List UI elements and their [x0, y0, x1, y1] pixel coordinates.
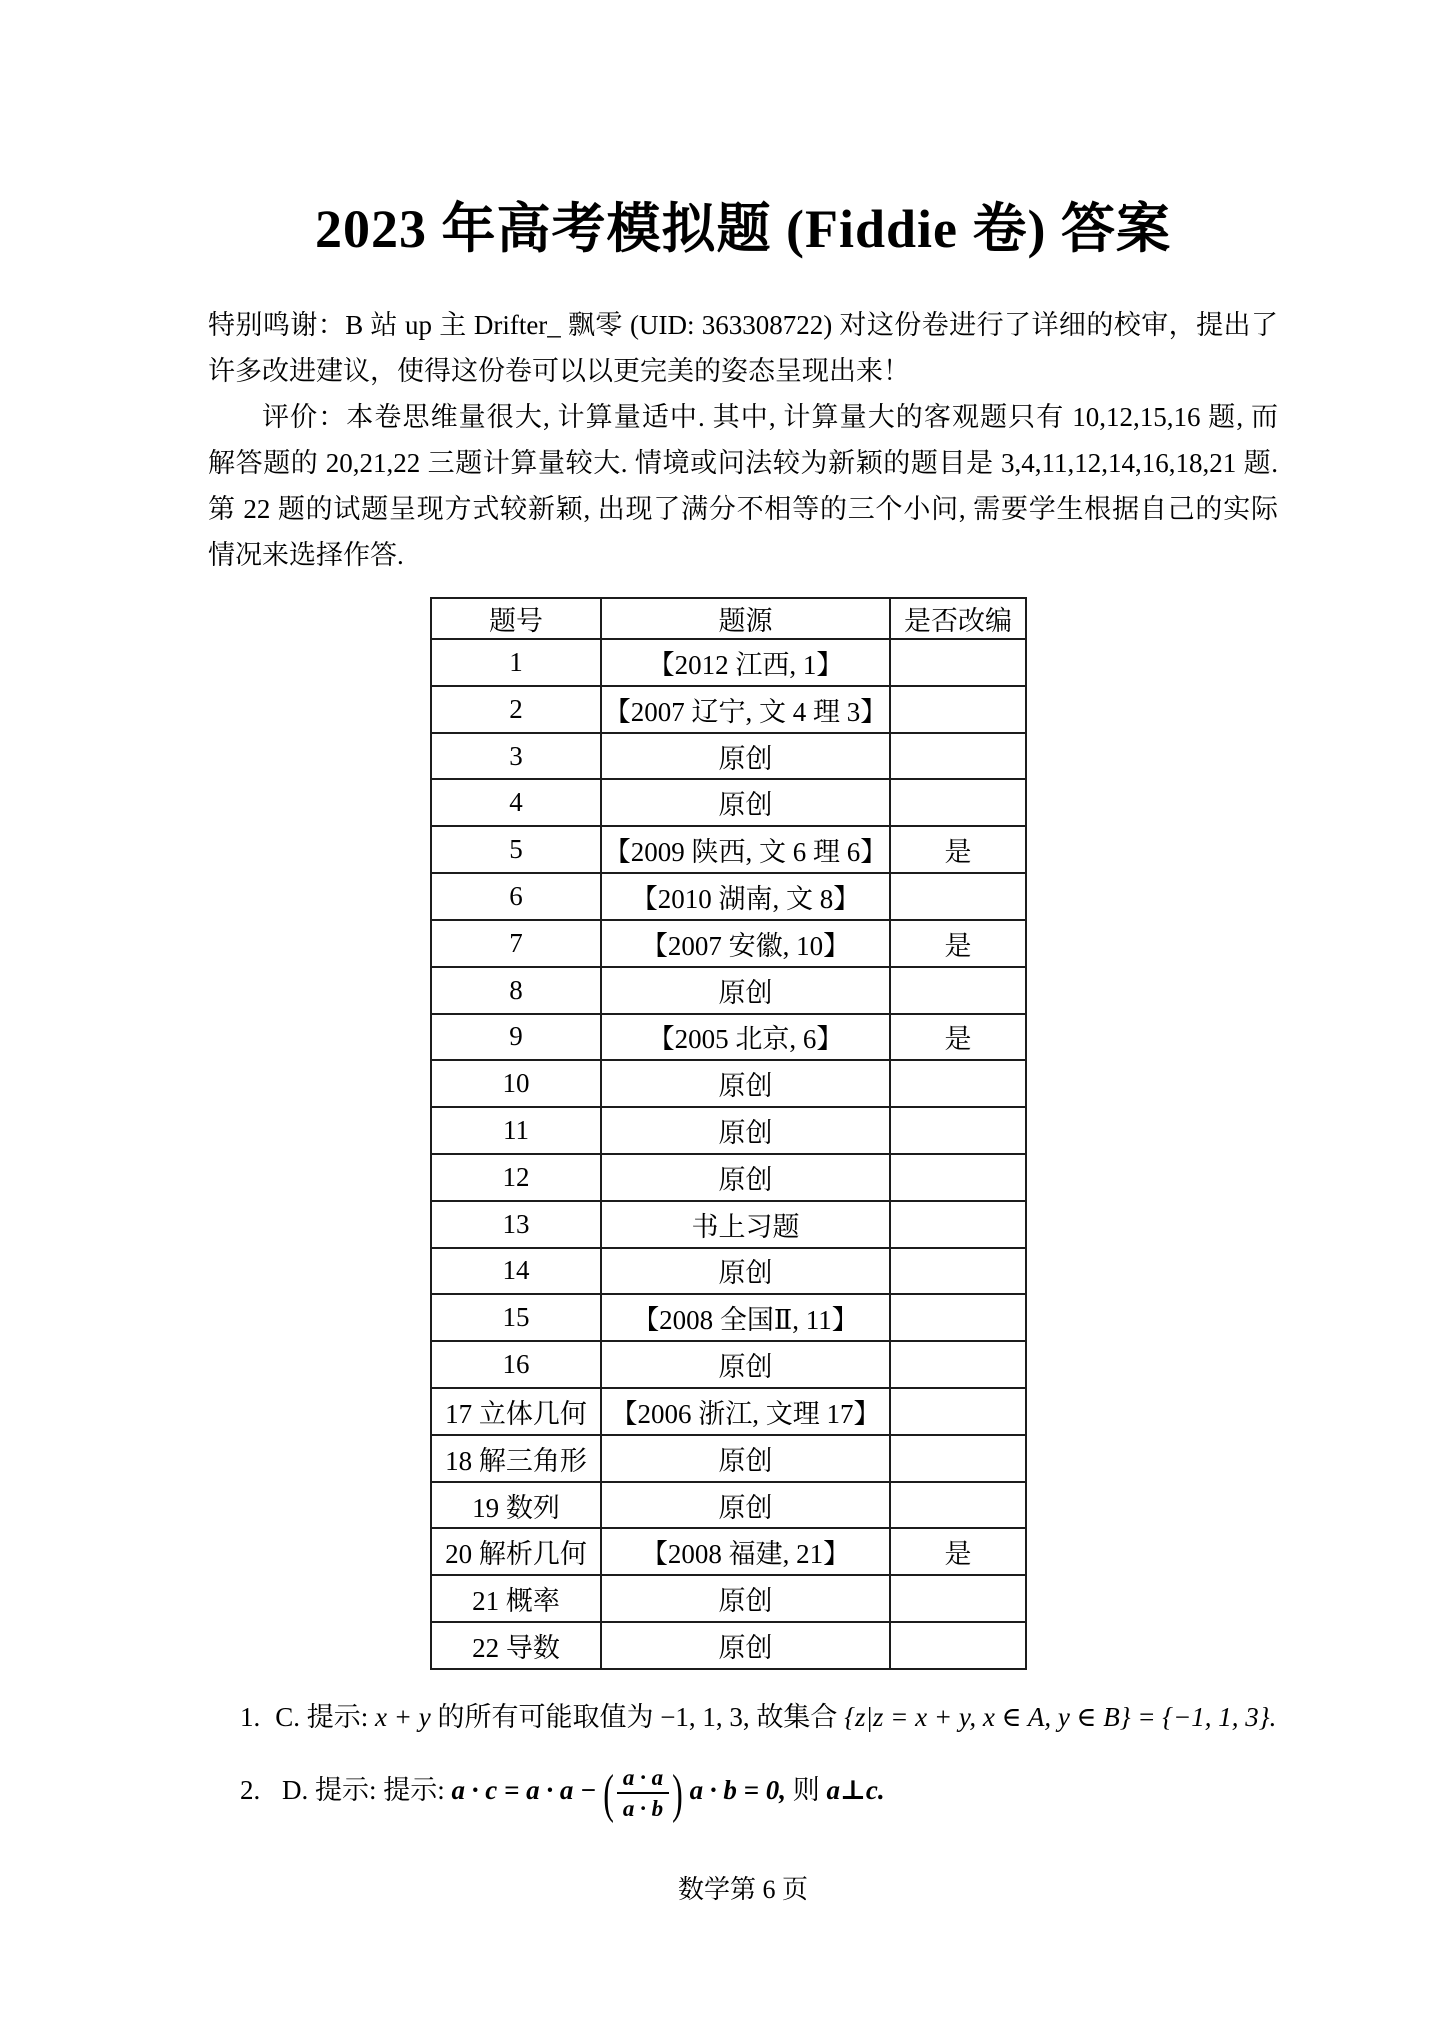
cell-adapted [890, 686, 1026, 733]
cell-source: 原创 [601, 1154, 890, 1201]
cell-question-no: 22 导数 [431, 1622, 601, 1669]
intro-line-6: 情况来选择作答. [208, 532, 1278, 578]
answer-2-conjunction: 则 [793, 1775, 820, 1805]
cell-question-no: 12 [431, 1154, 601, 1201]
cell-question-no: 9 [431, 1014, 601, 1061]
cell-question-no: 17 立体几何 [431, 1388, 601, 1435]
cell-source: 原创 [601, 1060, 890, 1107]
cell-adapted [890, 1107, 1026, 1154]
cell-source: 原创 [601, 1248, 890, 1295]
answer-1-number: 1. [240, 1702, 260, 1732]
cell-source: 【2006 浙江, 文理 17】 [601, 1388, 890, 1435]
cell-question-no: 14 [431, 1248, 601, 1295]
table-row: 4 原创 [431, 779, 1026, 826]
cell-adapted [890, 1575, 1026, 1622]
answer-segment: C. 提示: [275, 1702, 375, 1732]
cell-source: 【2005 北京, 6】 [601, 1014, 890, 1061]
cell-question-no: 7 [431, 920, 601, 967]
intro-line-3: 评价：本卷思维量很大, 计算量适中. 其中, 计算量大的客观题只有 10,12,… [208, 394, 1278, 440]
cell-question-no: 8 [431, 967, 601, 1014]
table-row: 21 概率 原创 [431, 1575, 1026, 1622]
header-question-no: 题号 [431, 598, 601, 639]
table-row: 10 原创 [431, 1060, 1026, 1107]
table-row: 18 解三角形 原创 [431, 1435, 1026, 1482]
cell-adapted [890, 1294, 1026, 1341]
cell-adapted [890, 967, 1026, 1014]
intro-paragraph: 特别鸣谢：B 站 up 主 Drifter_ 飘零 (UID: 36330872… [208, 302, 1278, 578]
cell-question-no: 2 [431, 686, 601, 733]
table-row: 8 原创 [431, 967, 1026, 1014]
cell-question-no: 11 [431, 1107, 601, 1154]
cell-question-no: 5 [431, 826, 601, 873]
table-row: 17 立体几何 【2006 浙江, 文理 17】 [431, 1388, 1026, 1435]
cell-source: 原创 [601, 1482, 890, 1529]
cell-adapted: 是 [890, 826, 1026, 873]
intro-line-5: 第 22 题的试题呈现方式较新颖, 出现了满分不相等的三个小问, 需要学生根据自… [208, 486, 1278, 532]
intro-line-4: 解答题的 20,21,22 三题计算量较大. 情境或问法较为新颖的题目是 3,4… [208, 440, 1278, 486]
cell-question-no: 13 [431, 1201, 601, 1248]
page-footer: 数学第 6 页 [208, 1867, 1278, 1913]
table-row: 1 【2012 江西, 1】 [431, 639, 1026, 686]
cell-adapted [890, 1482, 1026, 1529]
cell-adapted [890, 1341, 1026, 1388]
cell-adapted: 是 [890, 1014, 1026, 1061]
cell-question-no: 20 解析几何 [431, 1528, 601, 1575]
cell-source: 【2008 福建, 21】 [601, 1528, 890, 1575]
cell-question-no: 21 概率 [431, 1575, 601, 1622]
answer-segment: x + y [375, 1702, 431, 1732]
table-row: 6 【2010 湖南, 文 8】 [431, 873, 1026, 920]
cell-source: 原创 [601, 1575, 890, 1622]
table-row: 11 原创 [431, 1107, 1026, 1154]
fraction-denominator: a · b [617, 1794, 669, 1821]
cell-source: 【2009 陕西, 文 6 理 6】 [601, 826, 890, 873]
cell-source: 原创 [601, 1107, 890, 1154]
table-row: 3 原创 [431, 733, 1026, 780]
cell-source: 原创 [601, 1622, 890, 1669]
answer-2-prefix: D. 提示: 提示: [282, 1775, 445, 1805]
table-row: 16 原创 [431, 1341, 1026, 1388]
page: 2023 年高考模拟题 (Fiddie 卷) 答案 特别鸣谢：B 站 up 主 … [0, 0, 1440, 2036]
cell-source: 【2008 全国Ⅱ, 11】 [601, 1294, 890, 1341]
answer-2-rhs: a · b = 0, [690, 1775, 786, 1805]
cell-adapted [890, 1435, 1026, 1482]
cell-adapted [890, 1201, 1026, 1248]
answer-segment: {z|z = x + y, x ∈ A, y ∈ B} = {−1, 1, 3}… [844, 1702, 1276, 1732]
answer-item-2: 2. D. 提示: 提示: a · c = a · a − (a · aa · … [208, 1744, 1278, 1836]
cell-source: 【2012 江西, 1】 [601, 639, 890, 686]
table-header-row: 题号 题源 是否改编 [431, 598, 1026, 639]
table-row: 7 【2007 安徽, 10】 是 [431, 920, 1026, 967]
intro-line-2: 许多改进建议，使得这份卷可以以更完美的姿态呈现出来！ [208, 348, 1278, 394]
cell-adapted [890, 873, 1026, 920]
table-row: 9 【2005 北京, 6】 是 [431, 1014, 1026, 1061]
answer-item-1: 1.C. 提示: x + y 的所有可能取值为 −1, 1, 3, 故集合 {z… [208, 1694, 1278, 1740]
table-row: 5 【2009 陕西, 文 6 理 6】 是 [431, 826, 1026, 873]
cell-question-no: 10 [431, 1060, 601, 1107]
cell-question-no: 19 数列 [431, 1482, 601, 1529]
fraction: a · aa · b [617, 1764, 669, 1822]
table-row: 2 【2007 辽宁, 文 4 理 3】 [431, 686, 1026, 733]
cell-source: 原创 [601, 967, 890, 1014]
cell-question-no: 18 解三角形 [431, 1435, 601, 1482]
answer-1-text: C. 提示: x + y 的所有可能取值为 −1, 1, 3, 故集合 {z|z… [275, 1702, 1276, 1732]
answer-2-lhs: a · c = a · a − [452, 1775, 597, 1805]
answer-2-conclusion: a⊥c. [826, 1775, 884, 1805]
cell-source: 原创 [601, 779, 890, 826]
cell-adapted [890, 1622, 1026, 1669]
table-row: 20 解析几何 【2008 福建, 21】 是 [431, 1528, 1026, 1575]
cell-source: 【2010 湖南, 文 8】 [601, 873, 890, 920]
intro-line-1: 特别鸣谢：B 站 up 主 Drifter_ 飘零 (UID: 36330872… [208, 302, 1278, 348]
cell-adapted [890, 1388, 1026, 1435]
table-row: 12 原创 [431, 1154, 1026, 1201]
cell-source: 原创 [601, 1341, 890, 1388]
table-row: 14 原创 [431, 1248, 1026, 1295]
cell-question-no: 16 [431, 1341, 601, 1388]
header-adapted: 是否改编 [890, 598, 1026, 639]
header-source: 题源 [601, 598, 890, 639]
cell-adapted: 是 [890, 920, 1026, 967]
close-paren-icon: ) [672, 1766, 683, 1820]
cell-source: 原创 [601, 733, 890, 780]
cell-source: 原创 [601, 1435, 890, 1482]
table-row: 22 导数 原创 [431, 1622, 1026, 1669]
answer-segment: 的所有可能取值为 −1, 1, 3, 故集合 [431, 1702, 844, 1732]
source-table: 题号 题源 是否改编 1 【2012 江西, 1】 2 【2007 辽宁, 文 … [430, 597, 1027, 1670]
cell-adapted [890, 1248, 1026, 1295]
cell-question-no: 4 [431, 779, 601, 826]
cell-source: 书上习题 [601, 1201, 890, 1248]
page-title: 2023 年高考模拟题 (Fiddie 卷) 答案 [208, 186, 1278, 263]
cell-adapted [890, 779, 1026, 826]
open-paren-icon: ( [603, 1766, 614, 1820]
cell-adapted [890, 1060, 1026, 1107]
table-row: 13 书上习题 [431, 1201, 1026, 1248]
table-row: 15 【2008 全国Ⅱ, 11】 [431, 1294, 1026, 1341]
answer-2-number: 2. [240, 1775, 260, 1805]
cell-source: 【2007 安徽, 10】 [601, 920, 890, 967]
table-row: 19 数列 原创 [431, 1482, 1026, 1529]
cell-adapted [890, 733, 1026, 780]
cell-question-no: 1 [431, 639, 601, 686]
cell-question-no: 6 [431, 873, 601, 920]
cell-question-no: 3 [431, 733, 601, 780]
cell-question-no: 15 [431, 1294, 601, 1341]
fraction-numerator: a · a [617, 1764, 669, 1794]
cell-adapted [890, 639, 1026, 686]
cell-adapted: 是 [890, 1528, 1026, 1575]
cell-source: 【2007 辽宁, 文 4 理 3】 [601, 686, 890, 733]
cell-adapted [890, 1154, 1026, 1201]
